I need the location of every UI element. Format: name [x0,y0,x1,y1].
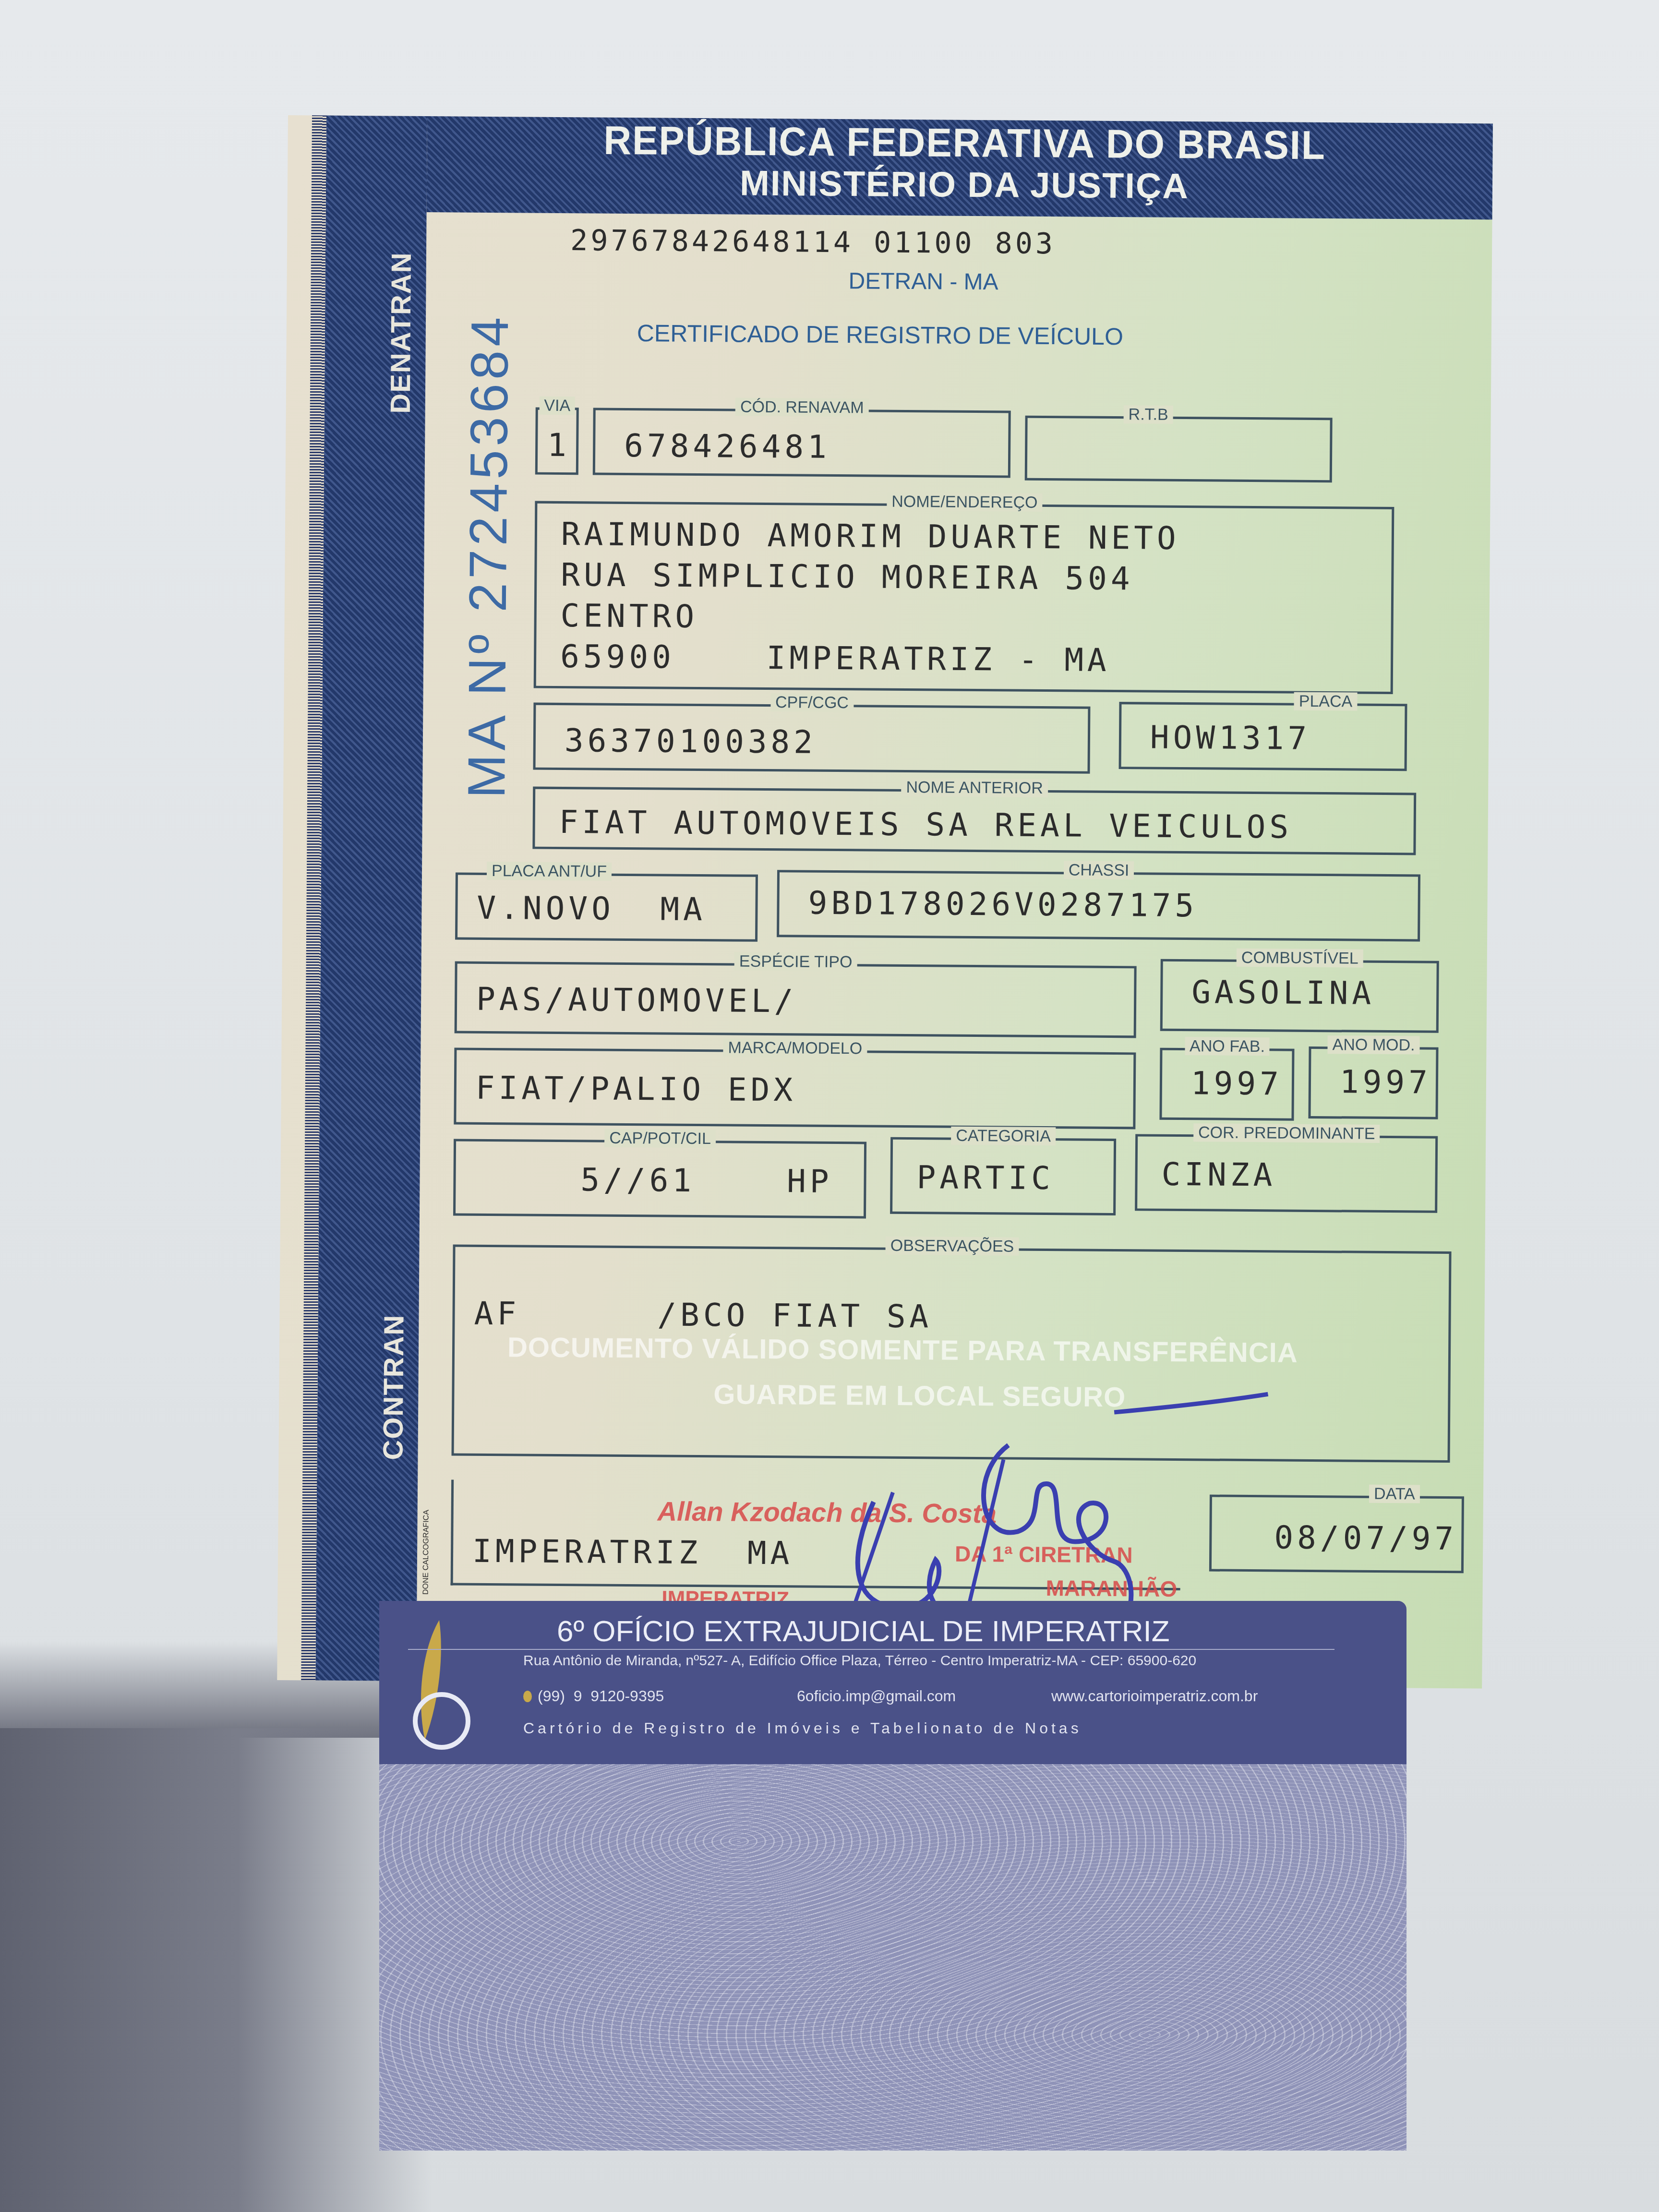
value-chassi: 9BD178026V0287175 [808,885,1198,925]
card-title: 6º OFÍCIO EXTRAJUDICIAL DE IMPERATRIZ [557,1614,1170,1648]
field-cpf-cgc: CPF/CGC 36370100382 [533,703,1090,774]
label-ano-mod: ANO MOD. [1327,1035,1419,1054]
value-renavam: 678426481 [624,427,830,466]
label-categoria: CATEGORIA [951,1127,1056,1146]
card-phone: (99) 9 9120-9395 [538,1687,664,1705]
label-combustivel: COMBUSTÍVEL [1237,949,1363,968]
value-combustivel: GASOLINA [1191,974,1375,1012]
card-divider [408,1649,1334,1650]
value-observacoes: AF /BCO FIAT SA [474,1295,932,1335]
label-observacoes: OBSERVAÇÕES [886,1237,1019,1256]
field-categoria: CATEGORIA PARTIC [890,1137,1116,1215]
label-marca-modelo: MARCA/MODELO [723,1038,867,1058]
field-renavam: CÓD. RENAVAM 678426481 [593,408,1011,478]
field-nome-anterior: NOME ANTERIOR FIAT AUTOMOVEIS SA REAL VE… [532,787,1416,855]
phone-bullet-icon [523,1691,532,1702]
value-nome-anterior: FIAT AUTOMOVEIS SA REAL VEICULOS [559,804,1292,846]
label-cap-pot-cil: CAP/POT/CIL [604,1129,716,1148]
field-marca-modelo: MARCA/MODELO FIAT/PALIO EDX [454,1047,1136,1129]
label-renavam: CÓD. RENAVAM [735,398,869,417]
card-email: 6oficio.imp@gmail.com [797,1687,956,1705]
serial-number: MA Nº 272453684 [456,313,520,798]
document-code: 29767842648114 01100 803 [570,224,1056,261]
label-via: VIA [539,397,575,415]
value-cap-pot-cil: 5//61 HP [580,1161,833,1200]
value-via: 1 [547,427,570,464]
field-ano-mod: ANO MOD. 1997 [1308,1046,1438,1119]
field-combustivel: COMBUSTÍVEL GASOLINA [1160,959,1439,1033]
value-local: IMPERATRIZ MA [472,1533,793,1572]
label-cpf-cgc: CPF/CGC [770,693,854,712]
field-chassi: CHASSI 9BD178026V0287175 [777,870,1420,941]
document-title: CERTIFICADO DE REGISTRO DE VEÍCULO [637,319,1124,350]
field-rtb: R.T.B [1025,416,1333,482]
value-ano-mod: 1997 [1340,1063,1431,1101]
card-address: Rua Antônio de Miranda, nº527- A, Edifíc… [523,1653,1196,1669]
field-cor: COR. PREDOMINANTE CINZA [1135,1134,1438,1213]
value-categoria: PARTIC [916,1159,1054,1197]
issuer: DETRAN - MA [848,268,998,295]
label-especie-tipo: ESPÉCIE TIPO [734,952,857,972]
label-chassi: CHASSI [1064,861,1134,879]
side-label-denatran: DENATRAN [385,252,418,414]
side-label-contran: CONTRAN [377,1314,410,1460]
field-via: VIA 1 [535,408,579,475]
value-cpf-cgc: 36370100382 [565,722,817,761]
owner-street: RUA SIMPLICIO MOREIRA 504 [561,556,1134,597]
quill-logo-icon [406,1615,478,1759]
label-rtb: R.T.B [1124,405,1173,424]
value-placa: HOW1317 [1150,719,1311,757]
vehicle-registration-certificate: REPÚBLICA FEDERATIVA DO BRASIL MINISTÉRI… [277,115,1493,1688]
value-cor: CINZA [1161,1156,1276,1194]
header-ministry: MINISTÉRIO DA JUSTIÇA [556,161,1373,208]
header-country: REPÚBLICA FEDERATIVA DO BRASIL [556,117,1373,169]
field-ano-fab: ANO FAB. 1997 [1159,1048,1294,1121]
value-placa-anterior: V.NOVO MA [477,890,706,928]
value-ano-fab: 1997 [1191,1065,1283,1102]
label-placa-anterior: PLACA ANT/UF [487,862,612,881]
label-nome-endereco: NOME/ENDEREÇO [887,493,1042,512]
field-nome-endereco: NOME/ENDEREÇO RAIMUNDO AMORIM DUARTE NET… [534,501,1395,694]
notary-business-card: 6º OFÍCIO EXTRAJUDICIAL DE IMPERATRIZ Ru… [379,1601,1407,2151]
label-placa: PLACA [1294,692,1358,711]
owner-name: RAIMUNDO AMORIM DUARTE NETO [561,516,1180,557]
field-especie-tipo: ESPÉCIE TIPO PAS/AUTOMOVEL/ [455,961,1137,1038]
owner-district: CENTRO [560,597,698,635]
table-shadow [0,1728,432,2212]
owner-city: 65900 IMPERATRIZ - MA [560,638,1110,679]
value-marca-modelo: FIAT/PALIO EDX [476,1070,797,1109]
card-guilloche-pattern [379,1764,1407,2151]
label-cor: COR. PREDOMINANTE [1193,1123,1380,1143]
card-website: www.cartorioimperatriz.com.br [1051,1687,1258,1705]
field-cap-pot-cil: CAP/POT/CIL 5//61 HP [453,1139,866,1218]
label-nome-anterior: NOME ANTERIOR [902,778,1048,797]
printer-label: DONE CALCOGRAFICA [421,1510,431,1595]
field-placa-anterior: PLACA ANT/UF V.NOVO MA [455,872,758,941]
field-placa: PLACA HOW1317 [1119,702,1407,771]
value-especie-tipo: PAS/AUTOMOVEL/ [476,981,797,1020]
label-ano-fab: ANO FAB. [1185,1037,1270,1056]
card-tagline: Cartório de Registro de Imóveis e Tabeli… [523,1719,1082,1737]
